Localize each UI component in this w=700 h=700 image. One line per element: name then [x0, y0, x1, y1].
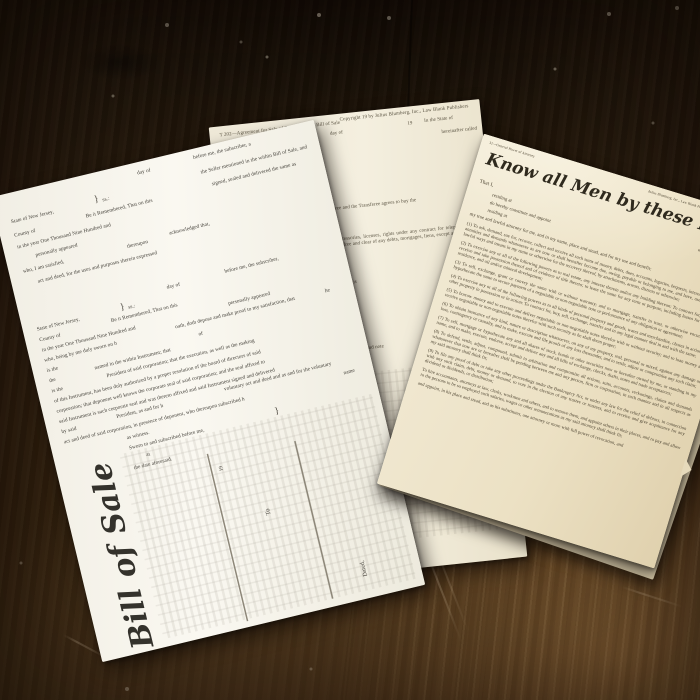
deed-line: act and deed, for the uses and purposes … — [37, 250, 158, 284]
he-label: he — [324, 287, 330, 294]
personally-appeared-line: personally appeared — [35, 243, 78, 258]
is-the-label: is the — [46, 365, 58, 373]
county-label: County of — [39, 332, 61, 342]
hereinafter-label: hereinafter called — [441, 125, 477, 134]
of-label: of — [198, 331, 204, 337]
witness-line: as witness. — [126, 430, 150, 441]
brace-glyph: } — [93, 193, 100, 205]
ss-label: ss.: — [102, 196, 110, 203]
brace-glyph: } — [119, 301, 126, 313]
satisfied-line: who, I am satisfied, — [22, 259, 64, 274]
day-of-label: day of — [166, 282, 180, 291]
day-of-label: day of — [330, 129, 343, 136]
that-i-line: That I, — [479, 179, 494, 188]
name-label: name — [343, 368, 356, 376]
acknowledged-line: acknowledged that, — [169, 221, 211, 236]
photo-of-documents: T 202—Agreement for Sale of Business, wi… — [0, 0, 700, 700]
county-label: County of — [14, 228, 36, 238]
by-said-label: by said — [61, 426, 77, 435]
year-19-label: 19 — [407, 120, 413, 126]
is-the-label: is the — [51, 386, 63, 394]
state-label: State of New Jersey, — [36, 317, 80, 333]
the-label: the — [49, 377, 57, 384]
thereupon-label: thereupon — [126, 239, 148, 249]
state-label: State of New Jersey, — [10, 209, 54, 225]
ss-label: ss.: — [128, 303, 136, 310]
in-state-of-label: In the State of — [424, 115, 453, 123]
before-me-line: before me, the subscriber, — [224, 256, 279, 274]
day-of-label: day of — [137, 167, 151, 176]
power-of-attorney-clauses: (1) To ask, demand, sue for, recover, co… — [416, 221, 700, 468]
